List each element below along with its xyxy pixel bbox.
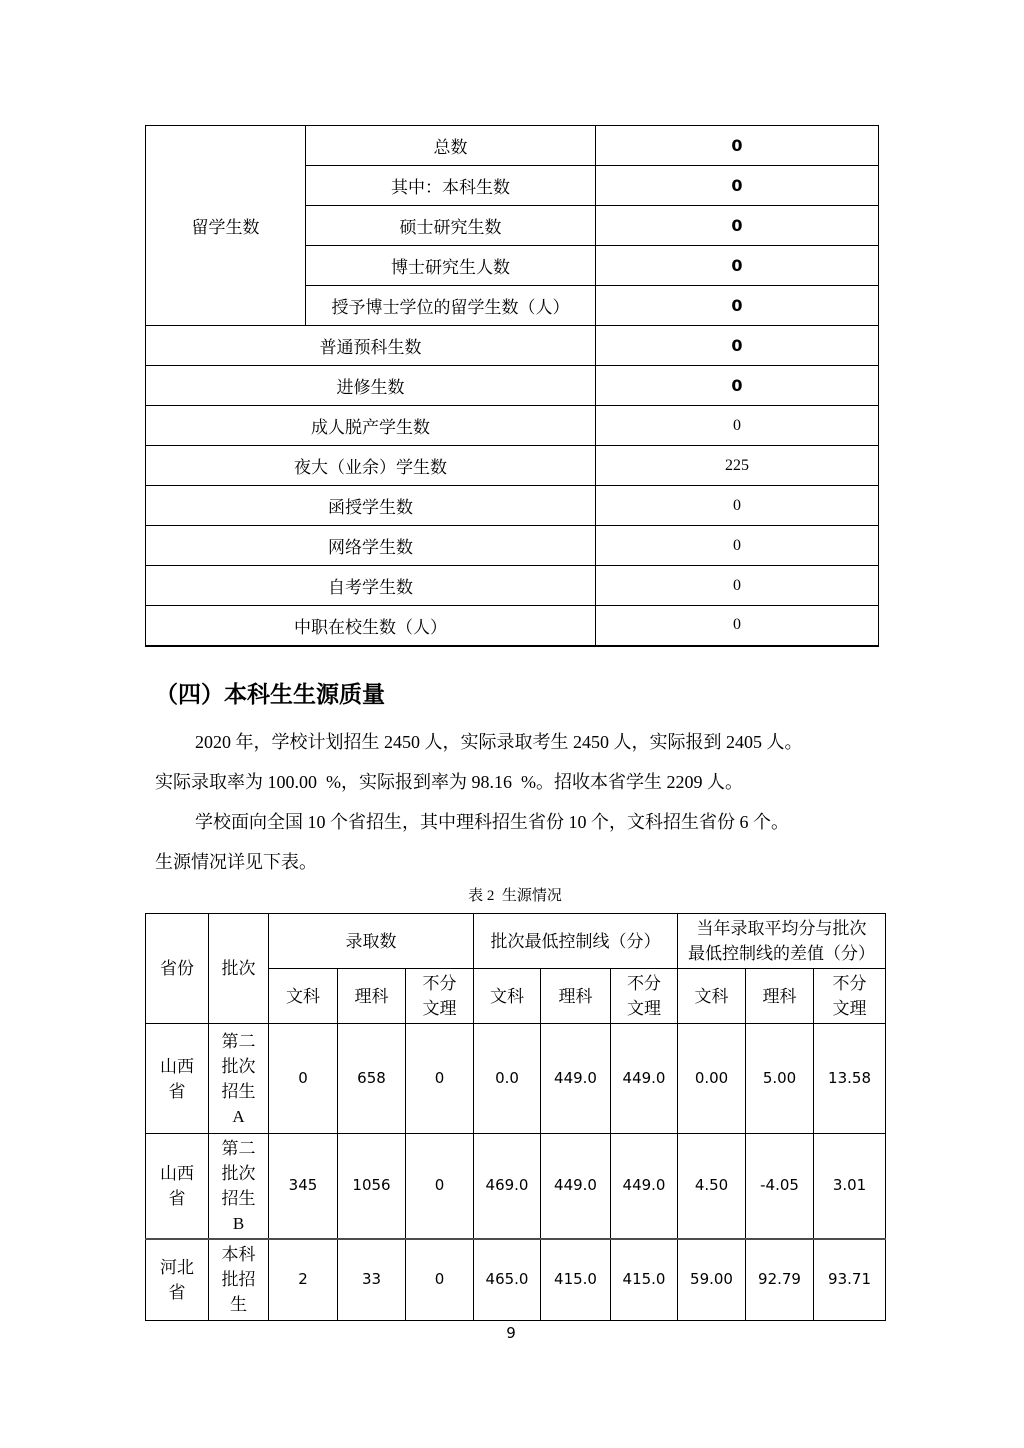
batch-cell: 本科 批招 生: [209, 1239, 269, 1321]
header-row: 省份 批次 录取数 批次最低控制线（分） 当年录取平均分与批次 最低控制线的差值…: [146, 914, 886, 969]
header-mixed: 不分 文理: [406, 969, 474, 1024]
label-cell: 中职在校生数（人）: [146, 606, 596, 646]
label-cell: 硕士研究生数: [306, 206, 596, 246]
value-cell: 33: [338, 1239, 406, 1321]
value-cell: 0: [596, 286, 879, 326]
value-cell: 1056: [338, 1134, 406, 1239]
value-cell: -4.05: [746, 1134, 814, 1239]
value-cell: 0: [596, 366, 879, 406]
table-row: 夜大（业余）学生数 225: [146, 446, 879, 486]
admission-source-table: 省份 批次 录取数 批次最低控制线（分） 当年录取平均分与批次 最低控制线的差值…: [145, 913, 886, 1321]
value-cell: 0: [596, 126, 879, 166]
label-cell: 自考学生数: [146, 566, 596, 606]
value-cell: 13.58: [814, 1024, 886, 1134]
value-cell: 0.00: [678, 1024, 746, 1134]
table-row: 自考学生数 0: [146, 566, 879, 606]
value-cell: 345: [269, 1134, 338, 1239]
paragraph-line: 生源情况详见下表。: [155, 842, 895, 882]
value-cell: 449.0: [541, 1024, 611, 1134]
value-cell: 449.0: [611, 1024, 678, 1134]
value-cell: 0: [596, 526, 879, 566]
label-cell: 函授学生数: [146, 486, 596, 526]
label-cell: 总数: [306, 126, 596, 166]
value-cell: 449.0: [541, 1134, 611, 1239]
paragraph-line: 实际录取率为 100.00 %，实际报到率为 98.16 %。招收本省学生 22…: [155, 762, 895, 802]
table-row: 网络学生数 0: [146, 526, 879, 566]
value-cell: 0: [596, 566, 879, 606]
value-cell: 469.0: [474, 1134, 541, 1239]
table-row: 留学生数 总数 0: [146, 126, 879, 166]
paragraph-line: 2020 年，学校计划招生 2450 人，实际录取考生 2450 人，实际报到 …: [155, 722, 895, 762]
table2-caption: 表 2 生源情况: [145, 881, 885, 911]
value-cell: 3.01: [814, 1134, 886, 1239]
header-mixed: 不分 文理: [814, 969, 886, 1024]
table-row: 函授学生数 0: [146, 486, 879, 526]
value-cell: 5.00: [746, 1024, 814, 1134]
label-cell: 夜大（业余）学生数: [146, 446, 596, 486]
section-heading: （四）本科生生源质量: [155, 676, 385, 709]
value-cell: 225: [596, 446, 879, 486]
student-count-table: 留学生数 总数 0 其中：本科生数 0 硕士研究生数 0 博士研究生人数 0 授…: [145, 125, 879, 647]
label-cell: 进修生数: [146, 366, 596, 406]
table-row: 河北 省 本科 批招 生 2 33 0 465.0 415.0 415.0 59…: [146, 1239, 886, 1321]
value-cell: 0: [596, 606, 879, 646]
value-cell: 0: [596, 406, 879, 446]
label-cell: 授予博士学位的留学生数（人）: [306, 286, 596, 326]
header-arts: 文科: [678, 969, 746, 1024]
label-cell: 博士研究生人数: [306, 246, 596, 286]
label-cell: 普通预科生数: [146, 326, 596, 366]
header-science: 理科: [338, 969, 406, 1024]
value-cell: 0: [596, 246, 879, 286]
table-row: 成人脱产学生数 0: [146, 406, 879, 446]
value-cell: 92.79: [746, 1239, 814, 1321]
value-cell: 415.0: [611, 1239, 678, 1321]
header-arts: 文科: [269, 969, 338, 1024]
batch-cell: 第二 批次 招生 B: [209, 1134, 269, 1239]
header-province: 省份: [146, 914, 209, 1024]
province-cell: 山西 省: [146, 1024, 209, 1134]
value-cell: 449.0: [611, 1134, 678, 1239]
header-batch: 批次: [209, 914, 269, 1024]
value-cell: 0: [269, 1024, 338, 1134]
province-cell: 河北 省: [146, 1239, 209, 1321]
value-cell: 0: [596, 206, 879, 246]
value-cell: 0: [406, 1239, 474, 1321]
label-cell: 网络学生数: [146, 526, 596, 566]
header-science: 理科: [746, 969, 814, 1024]
value-cell: 93.71: [814, 1239, 886, 1321]
header-arts: 文科: [474, 969, 541, 1024]
header-admit-count: 录取数: [269, 914, 474, 969]
table-row: 中职在校生数（人） 0: [146, 606, 879, 646]
value-cell: 4.50: [678, 1134, 746, 1239]
table-row: 进修生数 0: [146, 366, 879, 406]
value-cell: 0: [596, 326, 879, 366]
page-number: 9: [0, 1324, 1022, 1342]
paragraph-line: 学校面向全国 10 个省招生，其中理科招生省份 10 个，文科招生省份 6 个。: [155, 802, 895, 842]
value-cell: 0: [596, 166, 879, 206]
value-cell: 0: [406, 1134, 474, 1239]
province-cell: 山西 省: [146, 1134, 209, 1239]
batch-cell: 第二 批次 招生 A: [209, 1024, 269, 1134]
body-paragraphs: 2020 年，学校计划招生 2450 人，实际录取考生 2450 人，实际报到 …: [155, 722, 895, 882]
value-cell: 0.0: [474, 1024, 541, 1134]
header-min-control-line: 批次最低控制线（分）: [474, 914, 678, 969]
header-mixed: 不分 文理: [611, 969, 678, 1024]
value-cell: 59.00: [678, 1239, 746, 1321]
document-page: 留学生数 总数 0 其中：本科生数 0 硕士研究生数 0 博士研究生人数 0 授…: [0, 0, 1024, 1448]
table-row: 山西 省 第二 批次 招生 B 345 1056 0 469.0 449.0 4…: [146, 1134, 886, 1239]
label-cell: 其中：本科生数: [306, 166, 596, 206]
table-row: 山西 省 第二 批次 招生 A 0 658 0 0.0 449.0 449.0 …: [146, 1024, 886, 1134]
table-row: 普通预科生数 0: [146, 326, 879, 366]
group-label-cell: 留学生数: [146, 126, 306, 326]
value-cell: 2: [269, 1239, 338, 1321]
value-cell: 0: [406, 1024, 474, 1134]
value-cell: 658: [338, 1024, 406, 1134]
value-cell: 415.0: [541, 1239, 611, 1321]
header-science: 理科: [541, 969, 611, 1024]
value-cell: 0: [596, 486, 879, 526]
value-cell: 465.0: [474, 1239, 541, 1321]
label-cell: 成人脱产学生数: [146, 406, 596, 446]
header-avg-diff: 当年录取平均分与批次 最低控制线的差值（分）: [678, 914, 886, 969]
